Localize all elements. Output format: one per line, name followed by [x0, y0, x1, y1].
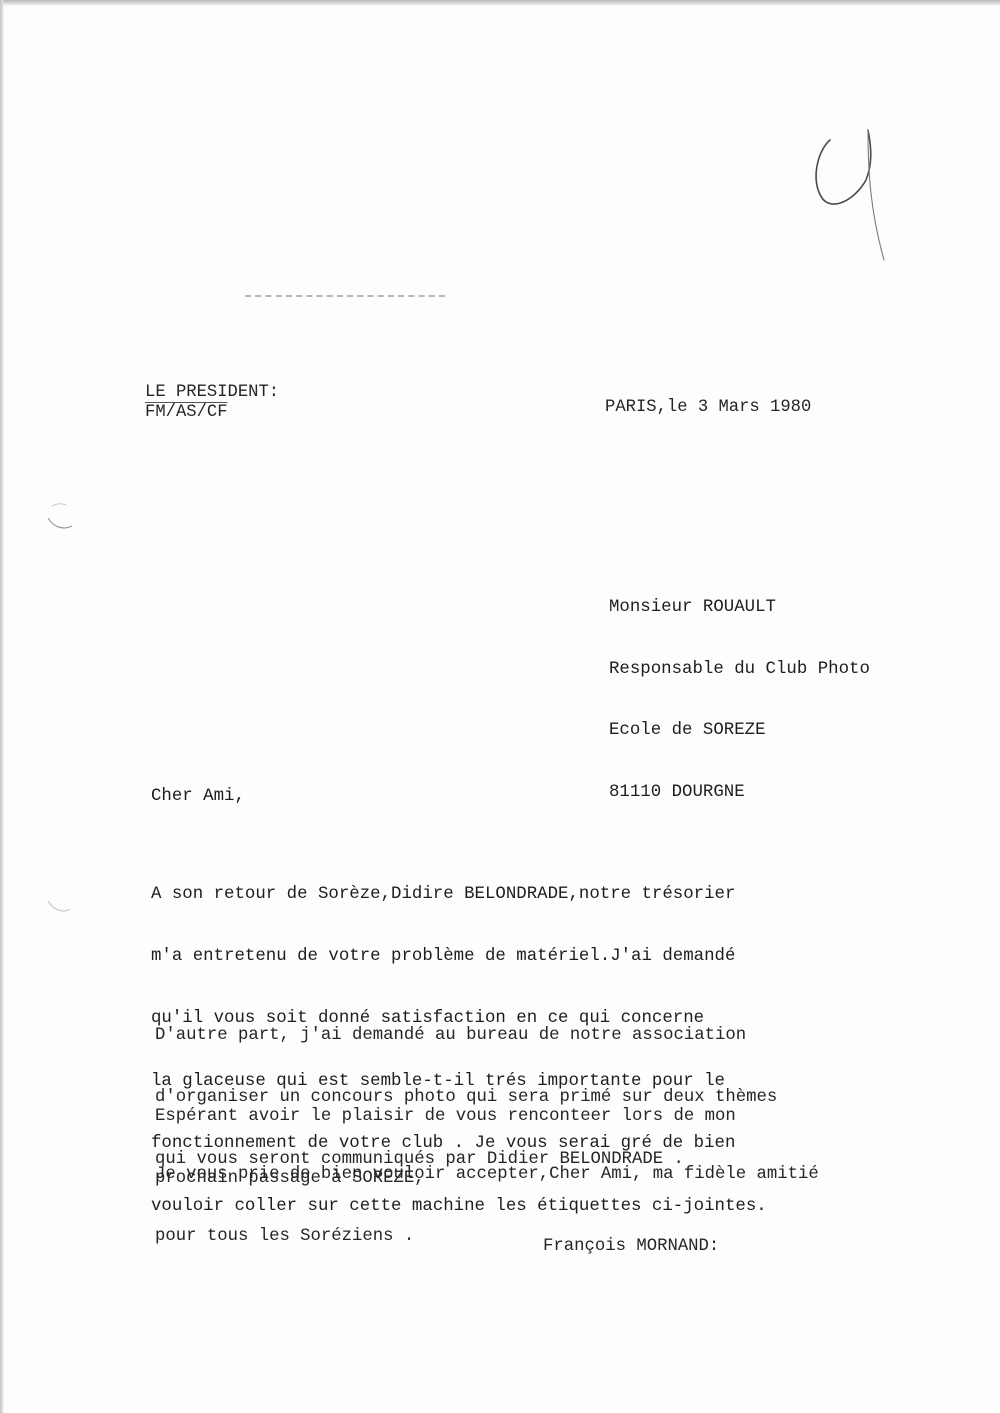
- scan-edge-left: [0, 0, 4, 1413]
- paragraph-line: m'a entretenu de votre problème de matér…: [151, 947, 767, 968]
- scan-edge-top: [0, 0, 1000, 6]
- dashed-rule: [245, 295, 445, 297]
- address-line: Ecole de SOREZE: [609, 721, 870, 742]
- recipient-address: Monsieur ROUAULT Responsable du Club Pho…: [609, 557, 870, 844]
- address-line: Responsable du Club Photo: [609, 660, 870, 681]
- paragraph-line: A son retour de Sorèze,Didire BELONDRADE…: [151, 885, 767, 906]
- letter-page: 4 LE PRESIDENT: FM/AS/CF PARIS,le 3 Mars…: [0, 0, 1000, 1413]
- signature-name: François MORNAND:: [543, 1236, 719, 1258]
- paragraph-line: D'autre part, j'ai demandé au bureau de …: [155, 1026, 777, 1047]
- place-and-date: PARIS,le 3 Mars 1980: [605, 397, 811, 419]
- reference-code: FM/AS/CF: [145, 402, 228, 424]
- body-paragraph: Je vous prie de bien vouloir accepter,Ch…: [155, 1124, 819, 1289]
- address-line: 81110 DOURGNE: [609, 783, 870, 804]
- margin-mark-upper: [40, 500, 80, 540]
- greeting: Cher Ami,: [151, 786, 245, 808]
- handwritten-page-number-mark: 4: [800, 120, 900, 270]
- address-line: Monsieur ROUAULT: [609, 598, 870, 619]
- margin-mark-lower: [40, 895, 80, 925]
- sender-title: LE PRESIDENT:: [145, 382, 279, 404]
- paragraph-line: Je vous prie de bien vouloir accepter,Ch…: [155, 1165, 819, 1186]
